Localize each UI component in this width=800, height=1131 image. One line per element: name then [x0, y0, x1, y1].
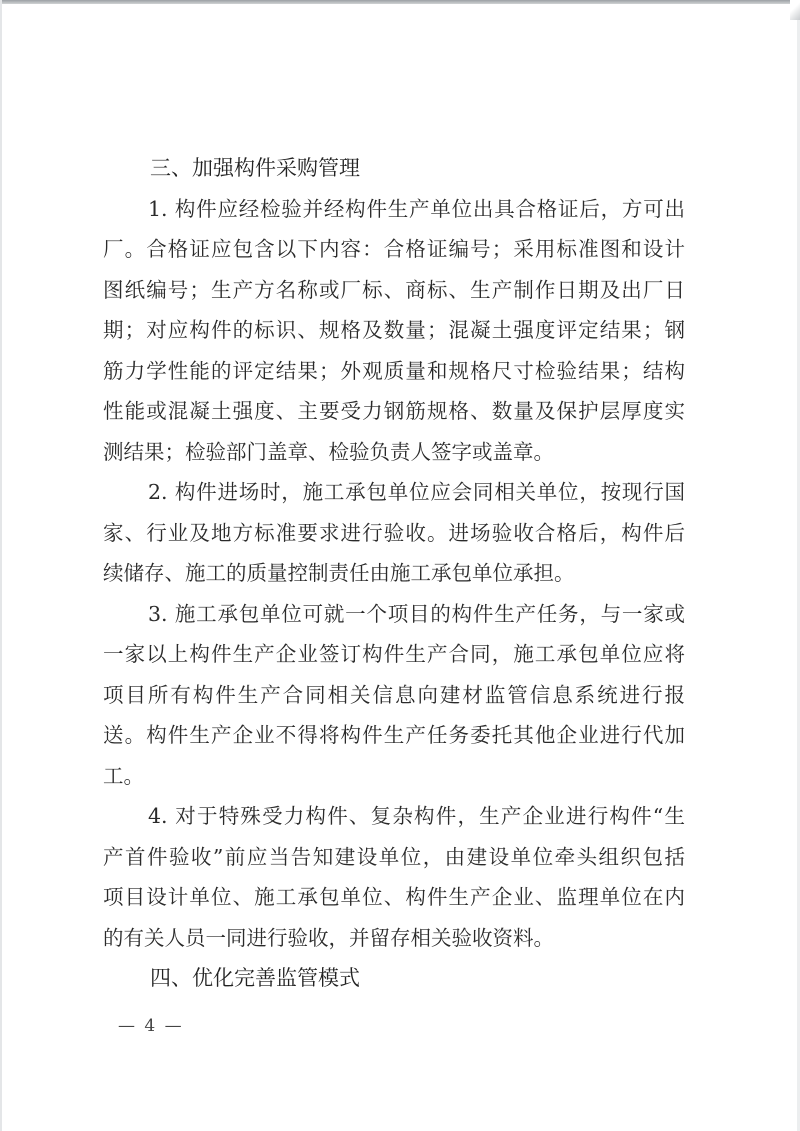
text-line: 2. 构件进场时，施工承包单位应会同相关单位，按现行国 — [103, 472, 685, 513]
text-line: 图纸编号；生产方名称或厂标、商标、生产制作日期及出厂日 — [103, 270, 685, 311]
text-line: 3. 施工承包单位可就一个项目的构件生产任务，与一家或 — [103, 594, 685, 635]
text-line: 送。构件生产企业不得将构件生产任务委托其他企业进行代加 — [103, 715, 685, 756]
text-line: 测结果；检验部门盖章、检验负责人签字或盖章。 — [103, 432, 685, 473]
paragraph-3: 3. 施工承包单位可就一个项目的构件生产任务，与一家或 一家以上构件生产企业签订… — [103, 594, 685, 797]
text-line: 工。 — [103, 756, 685, 797]
paragraph-2: 2. 构件进场时，施工承包单位应会同相关单位，按现行国 家、行业及地方标准要求进… — [103, 472, 685, 594]
text-line: 的有关人员一同进行验收，并留存相关验收资料。 — [103, 918, 685, 959]
text-line: 期；对应构件的标识、规格及数量；混凝土强度评定结果；钢 — [103, 310, 685, 351]
text-line: 项目设计单位、施工承包单位、构件生产企业、监理单位在内 — [103, 877, 685, 918]
text-line: 筋力学性能的评定结果；外观质量和规格尺寸检验结果；结构 — [103, 351, 685, 392]
text-line: 家、行业及地方标准要求进行验收。进场验收合格后，构件后 — [103, 513, 685, 554]
section-heading-4: 四、优化完善监管模式 — [103, 958, 685, 999]
text-line: 产首件验收”前应当告知建设单位，由建设单位牵头组织包括 — [103, 837, 685, 878]
scan-edge-top — [0, 0, 800, 4]
text-line: 一家以上构件生产企业签订构件生产合同，施工承包单位应将 — [103, 634, 685, 675]
text-line: 4. 对于特殊受力构件、复杂构件，生产企业进行构件“生 — [103, 796, 685, 837]
text-line: 1. 构件应经检验并经构件生产单位出具合格证后，方可出 — [103, 189, 685, 230]
text-line: 项目所有构件生产合同相关信息向建材监管信息系统进行报 — [103, 675, 685, 716]
page-number: — 4 — — [118, 1016, 184, 1036]
document-page: 三、加强构件采购管理 1. 构件应经检验并经构件生产单位出具合格证后，方可出 厂… — [103, 148, 685, 999]
paragraph-1: 1. 构件应经检验并经构件生产单位出具合格证后，方可出 厂。合格证应包含以下内容… — [103, 189, 685, 473]
text-line: 厂。合格证应包含以下内容：合格证编号；采用标准图和设计 — [103, 229, 685, 270]
page-corner-fold — [790, 0, 800, 20]
text-line: 续储存、施工的质量控制责任由施工承包单位承担。 — [103, 553, 685, 594]
scan-edge-left — [0, 0, 2, 1131]
section-heading-3: 三、加强构件采购管理 — [103, 148, 685, 189]
text-line: 性能或混凝土强度、主要受力钢筋规格、数量及保护层厚度实 — [103, 391, 685, 432]
paragraph-4: 4. 对于特殊受力构件、复杂构件，生产企业进行构件“生 产首件验收”前应当告知建… — [103, 796, 685, 958]
